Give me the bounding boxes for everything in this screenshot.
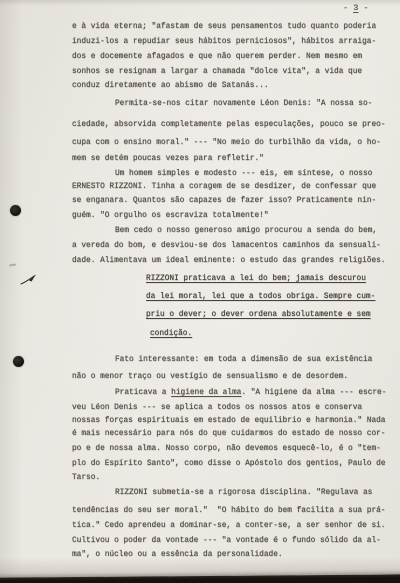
- typed-line: Cultivou o poder da vontade --- "a vonta…: [72, 536, 381, 546]
- typed-line: nossas forças espirituais em estado de e…: [72, 416, 386, 426]
- typed-line: mem se detém poucas vezes para refletir.…: [72, 154, 264, 164]
- typed-line: cupa com o ensino moral." --- "No meio d…: [72, 138, 381, 148]
- typed-line: plo do Espírito Santo", como disse o Apó…: [72, 459, 386, 469]
- page-number-prefix: -: [343, 3, 353, 13]
- typed-line: Bem cedo o nosso generoso amigo procurou…: [115, 226, 377, 236]
- typed-line-underlined: da lei moral, lei que a todos obriga. Se…: [146, 292, 375, 302]
- typed-line: induzi-los a repudiar seus hábitos perni…: [72, 37, 376, 47]
- typed-line: Fato interessante: em toda a dimensão de…: [115, 355, 372, 365]
- typed-line: sonhos se resignam a largar a chamada "d…: [72, 67, 362, 77]
- typed-line: ERNESTO RIZZONI. Tinha a coragem de se d…: [72, 182, 376, 192]
- typed-segment: . "A higiene da alma --- escre-: [241, 389, 386, 397]
- ink-smudge: [9, 264, 16, 267]
- typed-line: é mais necessário para nós do que cuidar…: [72, 429, 386, 439]
- typed-line-underlined: condição.: [150, 329, 192, 339]
- typed-line: tendências do seu ser moral." "O hábito …: [72, 506, 386, 516]
- typed-line: não o menor traço ou vestígio de sensual…: [72, 372, 348, 382]
- typed-line: Praticava a higiene da alma. "A higiene …: [115, 388, 386, 398]
- punch-hole-icon: [10, 205, 21, 216]
- typed-line: RIZZONI submetia-se a rigorosa disciplin…: [115, 488, 372, 498]
- page-number-suffix: -: [358, 3, 368, 13]
- typed-line: a vereda do bom, e desviou-se dos lamace…: [72, 241, 381, 251]
- typed-line: veu Léon Denis --- se aplica a todos os …: [72, 403, 362, 413]
- typed-line: po e de nossa alma. Nosso corpo, não dev…: [72, 444, 381, 454]
- scanner-edge-shadow: [0, 574, 400, 583]
- typed-line: dos e docemente afagados e que não quere…: [72, 52, 362, 62]
- punch-hole-icon: [13, 356, 24, 367]
- typed-line-underlined: RIZZONI praticava a lei do bem; jamais d…: [146, 274, 366, 284]
- typed-segment-underlined: higiene da alma: [171, 389, 241, 397]
- typed-line: Um homem simples e modesto --- eis, em s…: [115, 169, 372, 179]
- page-number: - 3 -: [343, 3, 369, 13]
- typed-line: dade. Alimentava um ideal eminente: o es…: [72, 256, 386, 266]
- typed-line: Permita-se-nos citar novamente Léon Deni…: [115, 99, 372, 109]
- typed-line: tica." Cedo aprendeu a dominar-se, a con…: [72, 521, 386, 531]
- pen-mark-icon: [20, 273, 38, 286]
- typed-segment: Praticava a: [115, 389, 171, 397]
- typed-line: e à vida eterna; "afastam de seus pensam…: [72, 22, 376, 32]
- scanned-document-page: - 3 - e à vida eterna; "afastam de seus …: [0, 0, 400, 583]
- typed-line: ciedade, absorvida completamente pelas e…: [72, 120, 386, 130]
- typed-line: guém. "O orgulho os escraviza totalmente…: [72, 211, 269, 221]
- typed-line-underlined: priu o dever; o dever ordena absolutamen…: [146, 310, 371, 320]
- typed-line: se enganara. Quantos são capazes de faze…: [72, 196, 376, 206]
- typed-line: ma", o núcleo ou a essência da personali…: [72, 550, 283, 560]
- typed-line: Tarso.: [72, 473, 100, 483]
- typed-line: conduz diretamente ao abismo de Satanás.…: [72, 81, 269, 91]
